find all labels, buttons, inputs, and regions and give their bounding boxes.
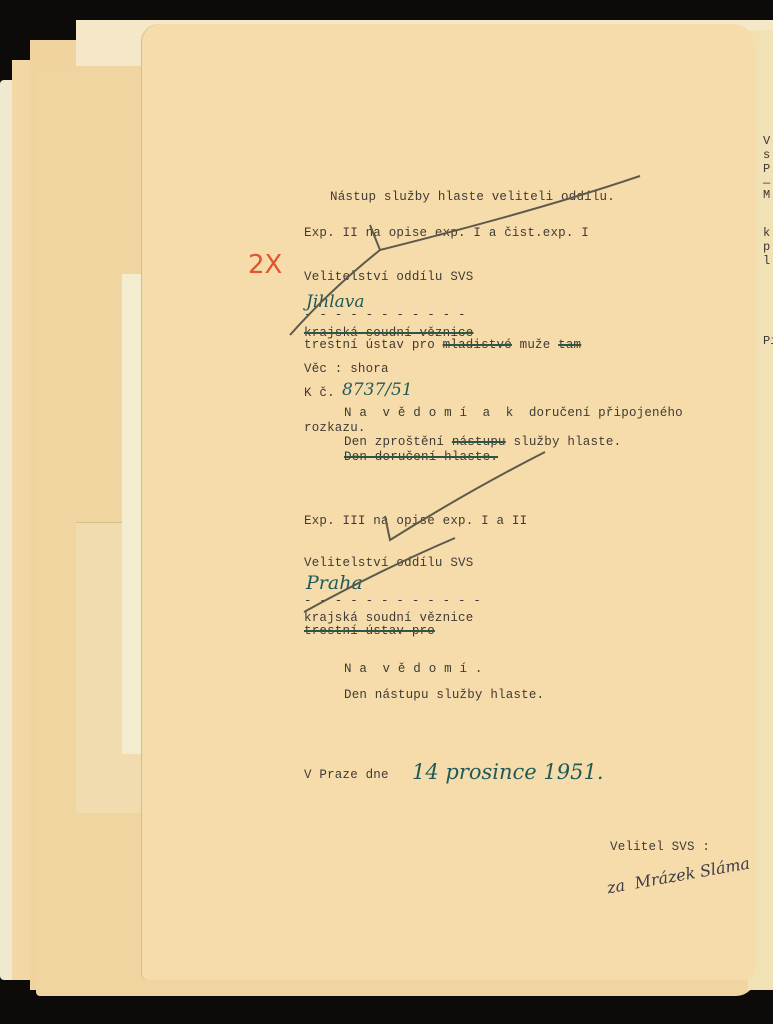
exp2-ref-number: 8737/51 [342, 380, 413, 400]
exp3-dashes: - - - - - - - - - - - - [304, 594, 481, 608]
institution-prefix: trestní ústav pro [304, 338, 435, 352]
exp2-institution-line: trestní ústav pro mladistvé muže tam [304, 338, 581, 352]
exp2-body-line3: Den zproštění nástupu služby hlaste. [344, 435, 621, 449]
right-page-fragment: M [763, 188, 770, 202]
exp3-struck-line: trestní ústav pro [304, 624, 435, 638]
exp2-recipient: Velitelství oddílu SVS [304, 270, 473, 284]
right-page-fragment: s [763, 148, 770, 162]
body-line3-struck: nástupu [452, 435, 506, 449]
exp2-subject: Věc : shora [304, 362, 389, 376]
exp3-body-line1: N a v ě d o m í . [344, 662, 483, 676]
margin-mark: 2X [248, 250, 282, 280]
institution-suffix: muže [520, 338, 551, 352]
right-page-fragment: V [763, 134, 770, 148]
exp2-body-line4: Den doručení hlaste. [344, 450, 498, 464]
date-handwritten: 14 prosince 1951. [412, 760, 604, 784]
exp2-ref-label: K č. [304, 386, 335, 400]
exp3-body-line2: Den nástupu služby hlaste. [344, 688, 544, 702]
date-prefix: V Praze dne [304, 768, 389, 782]
document-page [142, 24, 756, 980]
right-page-fragment: k [763, 226, 770, 240]
institution-struck: mladistvé [443, 338, 512, 352]
exp3-header: Exp. III na opise exp. I a II [304, 514, 527, 528]
body-line3-prefix: Den zproštění [344, 435, 444, 449]
body-line3-suffix: služby hlaste. [513, 435, 621, 449]
right-page-fragment: P [763, 162, 770, 176]
right-page-fragment: p [763, 240, 770, 254]
signature-label: Velitel SVS : [610, 840, 710, 854]
exp2-body-line1: N a v ě d o m í a k doručení připojeného [344, 406, 683, 420]
exp2-dashes: - - - - - - - - - - - [304, 308, 466, 322]
exp2-header: Exp. II na opise exp. I a čist.exp. I [304, 226, 589, 240]
exp3-place-handwritten: Praha [306, 572, 363, 594]
exp2-body-line2: rozkazu. [304, 421, 366, 435]
exp3-institution: krajská soudní věznice [304, 611, 473, 625]
right-page-fragment: l [763, 254, 770, 268]
right-page-fragment: Pi [763, 334, 773, 348]
paper-strip [122, 274, 144, 754]
heading-line: Nástup služby hlaste veliteli oddílu. [330, 190, 615, 204]
institution-struck2: tam [558, 338, 581, 352]
exp3-recipient: Velitelství oddílu SVS [304, 556, 473, 570]
